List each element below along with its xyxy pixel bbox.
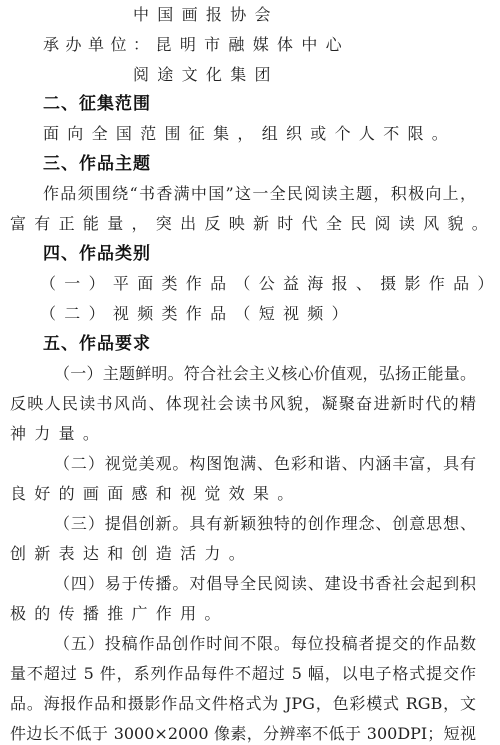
co-organizer-name-2: 阅途文化集团 (133, 65, 500, 85)
requirement-line: （三）提倡创新。具有新颖独特的创作理念、创意思想、 (54, 514, 476, 534)
category-item: （一）平面类作品（公益海报、摄影作品） (40, 274, 473, 294)
section-body: 面向全国范围征集，组织或个人不限。 (43, 124, 476, 144)
section-heading: 四、作品类别 (43, 244, 476, 264)
requirement-line: 量不超过 5 件，系列作品每件不超过 5 幅，以电子格式提交作 (10, 664, 476, 684)
requirement-line: （五）投稿作品创作时间不限。每位投稿者提交的作品数 (54, 634, 476, 654)
requirement-line: （二）视觉美观。构图饱满、色彩和谐、内涵丰富，具有 (54, 454, 476, 474)
co-organizer-label: 承办单位： (43, 35, 156, 54)
co-organizer-row: 承办单位：昆明市融媒体中心 (43, 35, 500, 55)
requirement-line: 神力量。 (10, 424, 476, 444)
section-body: 富有正能量，突出反映新时代全民阅读风貌。 (10, 214, 476, 234)
section-heading: 二、征集范围 (43, 94, 476, 114)
category-item: （二）视频类作品（短视频） (40, 304, 473, 324)
requirement-line: 良好的画面感和视觉效果。 (10, 484, 476, 504)
section-heading: 五、作品要求 (43, 334, 476, 354)
section-heading: 三、作品主题 (43, 154, 476, 174)
requirement-line: 极的传播推广作用。 (10, 604, 476, 624)
requirement-line: （一）主题鲜明。符合社会主义核心价值观，弘扬正能量。 (54, 364, 476, 384)
section-body: 作品须围绕“书香满中国”这一全民阅读主题，积极向上， (43, 184, 476, 204)
organizer-line: 中国画报协会 (133, 5, 500, 25)
requirement-line: 创新表达和创造活力。 (10, 544, 476, 564)
co-organizer-name: 昆明市融媒体中心 (156, 35, 350, 54)
requirement-line: 件边长不低于 3000×2000 像素，分辨率不低于 300DPI；短视 (10, 724, 476, 744)
requirement-line: 品。海报作品和摄影作品文件格式为 JPG，色彩模式 RGB，文 (10, 694, 476, 714)
requirement-line: （四）易于传播。对倡导全民阅读、建设书香社会起到积 (54, 574, 476, 594)
requirement-line: 反映人民读书风尚、体现社会读书风貌，凝聚奋进新时代的精 (10, 394, 476, 414)
